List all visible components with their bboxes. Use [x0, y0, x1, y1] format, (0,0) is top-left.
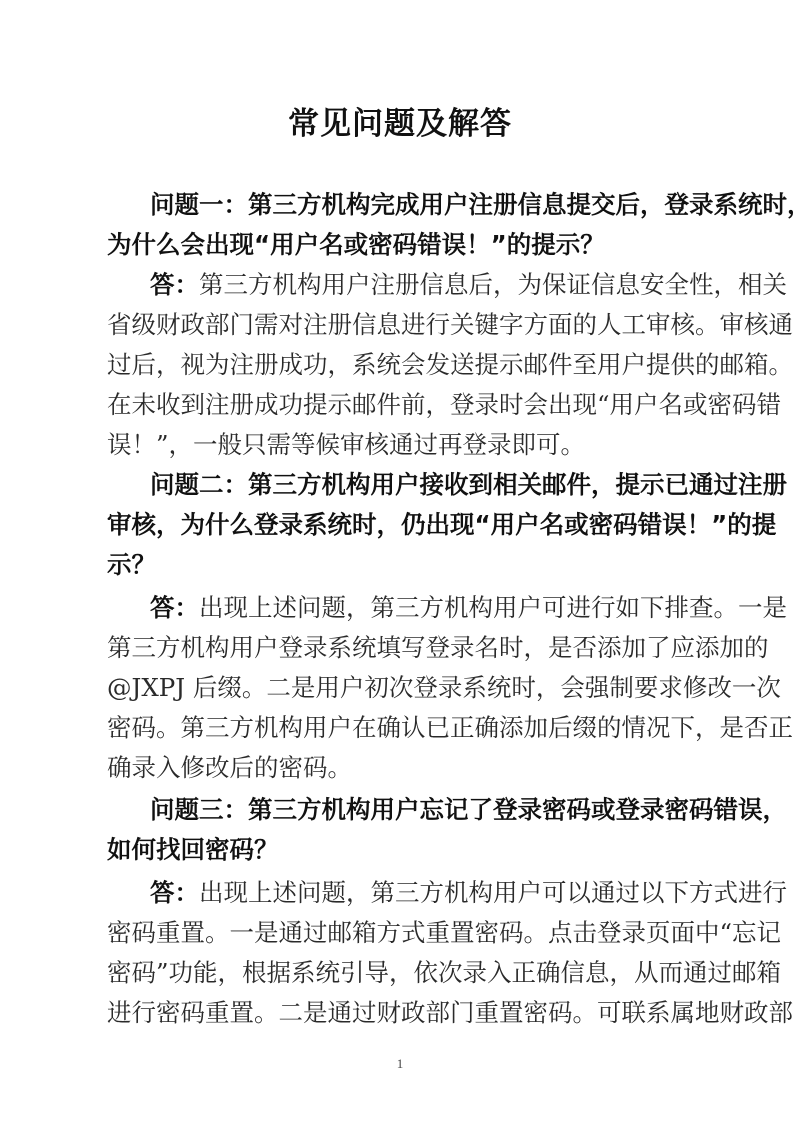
answer-3-line-4: 进行密码重置。二是通过财政部门重置密码。可联系属地财政部: [107, 993, 699, 1033]
answer-1-line-3: 过后，视为注册成功，系统会发送提示邮件至用户提供的邮箱。: [107, 345, 699, 385]
answer-2-line-3: @JXPJ 后缀。二是用户初次登录系统时，会强制要求修改一次: [107, 668, 699, 708]
answer-1-label: 答：: [150, 270, 199, 299]
answer-2-text-1: 出现上述问题，第三方机构用户可进行如下排查。一是: [199, 593, 787, 622]
answer-1-line-1: 答：第三方机构用户注册信息后，为保证信息安全性，相关: [150, 265, 699, 305]
question-3-line-1: 问题三：第三方机构用户忘记了登录密码或登录密码错误，: [150, 790, 699, 830]
document-page: 常见问题及解答 问题一：第三方机构完成用户注册信息提交后，登录系统时， 为什么会…: [0, 0, 800, 1130]
answer-3-line-2: 密码重置。一是通过邮箱方式重置密码。点击登录页面中“忘记: [107, 913, 699, 953]
question-2-line-3: 示？: [107, 545, 699, 585]
answer-3-text-1: 出现上述问题，第三方机构用户可以通过以下方式进行: [199, 878, 787, 907]
answer-1-line-4: 在未收到注册成功提示邮件前，登录时会出现“用户名或密码错: [107, 385, 699, 425]
question-3-line-2: 如何找回密码？: [107, 830, 699, 870]
answer-2-line-1: 答：出现上述问题，第三方机构用户可进行如下排查。一是: [150, 588, 699, 628]
answer-2-line-5: 确录入修改后的密码。: [107, 748, 699, 788]
answer-2-line-4: 密码。第三方机构用户在确认已正确添加后缀的情况下，是否正: [107, 708, 699, 748]
answer-1-text-1: 第三方机构用户注册信息后，为保证信息安全性，相关: [199, 270, 787, 299]
question-2-line-1: 问题二：第三方机构用户接收到相关邮件，提示已通过注册: [150, 465, 699, 505]
answer-2-line-2: 第三方机构用户登录系统填写登录名时，是否添加了应添加的: [107, 628, 699, 668]
page-title: 常见问题及解答: [0, 98, 800, 143]
answer-1-line-2: 省级财政部门需对注册信息进行关键字方面的人工审核。审核通: [107, 305, 699, 345]
answer-1-line-5: 误！”，一般只需等候审核通过再登录即可。: [107, 425, 699, 465]
answer-3-line-3: 密码”功能，根据系统引导，依次录入正确信息，从而通过邮箱: [107, 953, 699, 993]
page-number: 1: [0, 1056, 800, 1072]
answer-3-line-1: 答：出现上述问题，第三方机构用户可以通过以下方式进行: [150, 873, 699, 913]
question-1-line-1: 问题一：第三方机构完成用户注册信息提交后，登录系统时，: [150, 185, 699, 225]
answer-2-label: 答：: [150, 593, 199, 622]
question-1-line-2: 为什么会出现“用户名或密码错误！”的提示？: [107, 225, 699, 265]
answer-3-label: 答：: [150, 878, 199, 907]
question-2-line-2: 审核，为什么登录系统时，仍出现“用户名或密码错误！”的提: [107, 505, 699, 545]
